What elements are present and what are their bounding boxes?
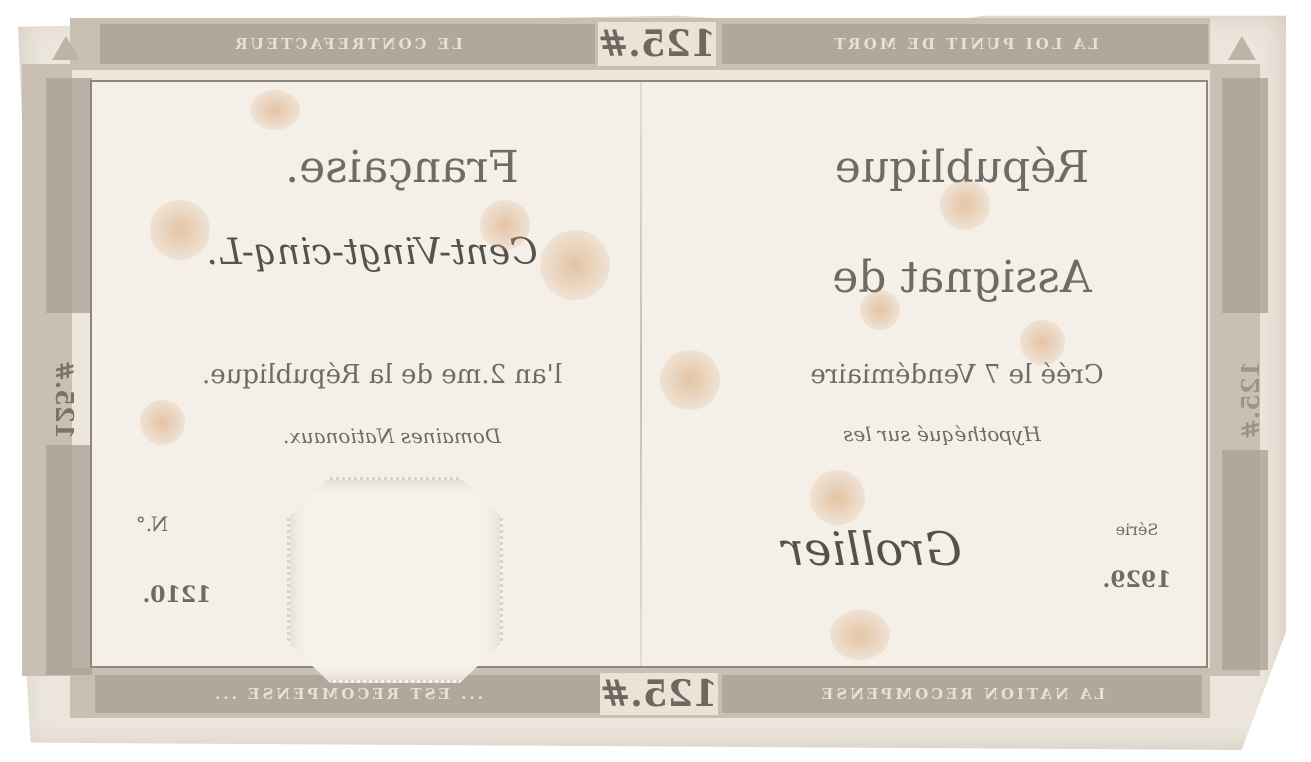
note-number: 1210. [137, 582, 217, 608]
assignat-title: Assignat de [742, 252, 1182, 303]
right-lower-panel [1222, 450, 1268, 670]
serie-number: 1929. [1092, 567, 1182, 593]
signature: Grollier [752, 522, 992, 576]
foxing-stain [140, 400, 185, 445]
foxing-stain [250, 90, 300, 130]
foxing-stain [150, 200, 210, 260]
mortgage-line: Hypothéqué sur les [742, 422, 1142, 446]
bottom-value: 125.# [600, 673, 718, 715]
note-body: République Assignat de Créé le 7 Vendémi… [90, 80, 1208, 668]
foxing-stain [660, 350, 720, 410]
creation-date: Créé le 7 Vendémiaire [742, 360, 1172, 390]
francaise-title: Française. [202, 142, 602, 193]
year-line: l'an 2.me de la République. [152, 360, 612, 390]
bottom-right-motto: LA NATION RECOMPENSE [722, 675, 1202, 713]
domains-line: Domaines Nationaux. [232, 424, 552, 448]
top-right-motto: LA LOI PUNIT DE MORT [722, 24, 1208, 64]
foxing-stain [480, 200, 530, 250]
foxing-stain [810, 470, 865, 525]
center-fold [640, 82, 642, 666]
right-side-value: 125.# [1210, 365, 1290, 435]
corner-triangle-icon [52, 36, 80, 60]
foxing-stain [1020, 320, 1065, 365]
foxing-stain [940, 180, 990, 230]
top-value: 125.# [598, 22, 716, 66]
serie-label: Série [1102, 520, 1172, 539]
left-upper-panel [46, 78, 92, 313]
embossed-seal [287, 477, 503, 683]
foxing-stain [830, 610, 890, 660]
top-left-motto: LE CONTREFACTEUR [100, 24, 595, 64]
left-lower-panel [46, 445, 92, 675]
right-upper-panel [1222, 78, 1268, 313]
corner-triangle-icon [1228, 36, 1256, 60]
foxing-stain [540, 230, 610, 300]
number-mark: N.° [122, 512, 182, 536]
foxing-stain [860, 290, 900, 330]
